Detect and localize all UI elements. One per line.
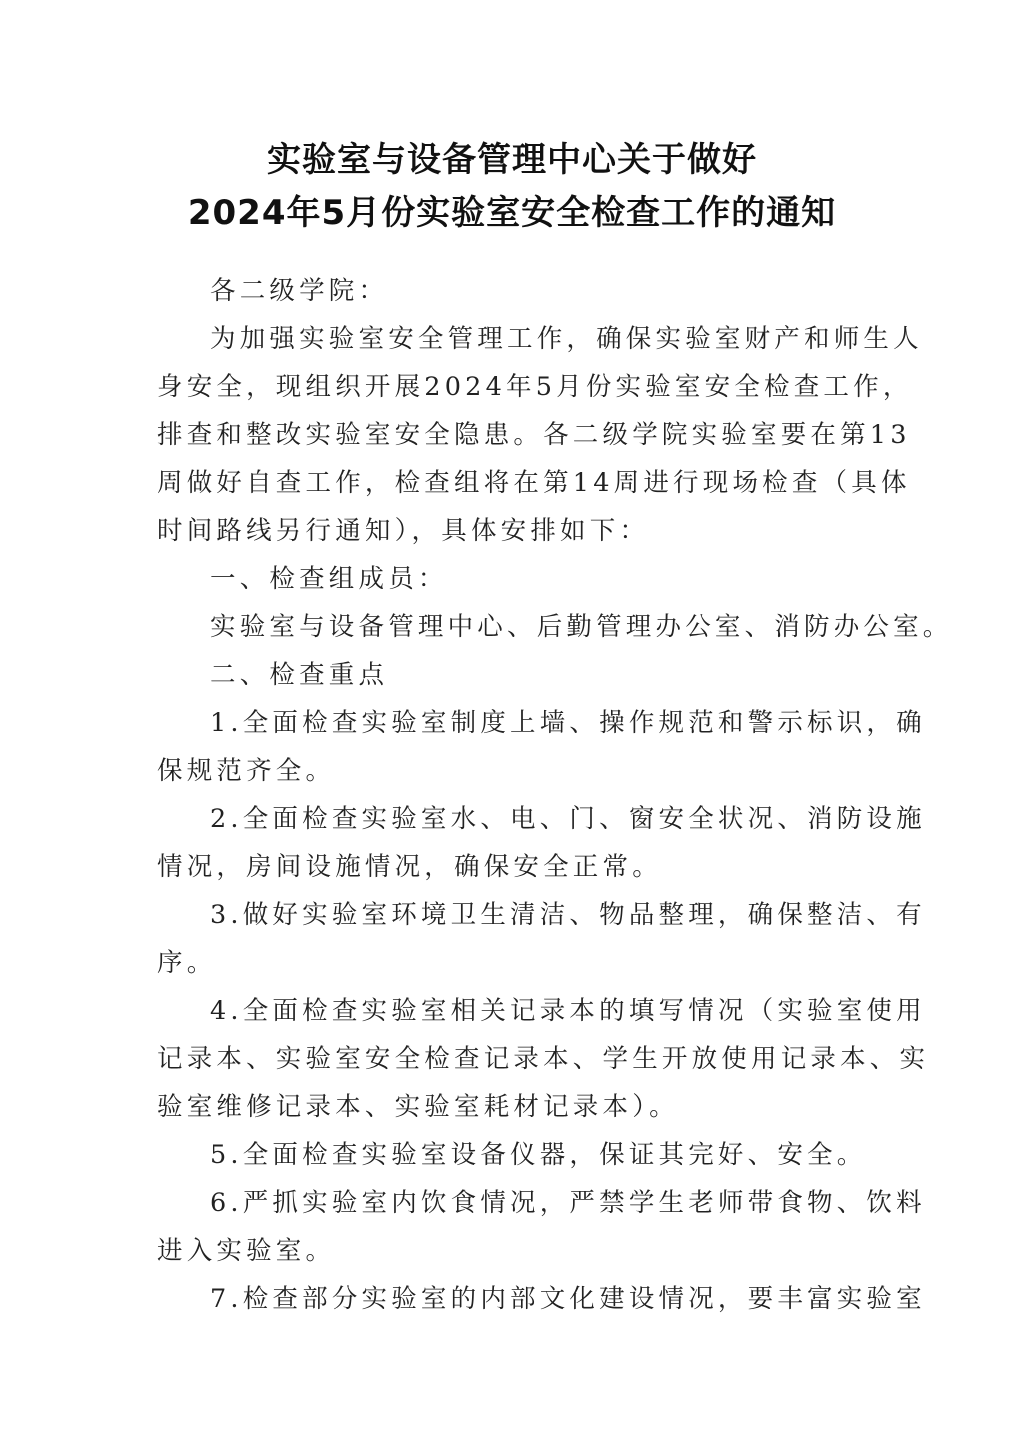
document-page: 实验室与设备管理中心关于做好 2024年5月份实验室安全检查工作的通知 各二级学… [0,0,1024,1448]
list-item-3: 3.做好实验室环境卫生清洁、物品整理，确保整洁、有 [210,900,872,930]
list-item-4-cont: 记录本、实验室安全检查记录本、学生开放使用记录本、实 [157,1044,872,1074]
list-item-3-cont: 序。 [157,948,872,978]
list-item-6: 6.严抓实验室内饮食情况，严禁学生老师带食物、饮料 [210,1188,872,1218]
list-item-2: 2.全面检查实验室水、电、门、窗安全状况、消防设施 [210,804,872,834]
list-item-6-cont: 进入实验室。 [157,1236,872,1266]
paragraph-line: 排查和整改实验室安全隐患。各二级学院实验室要在第13 [157,420,872,450]
paragraph-line: 周做好自查工作，检查组将在第14周进行现场检查（具体 [157,468,872,498]
list-item-5: 5.全面检查实验室设备仪器，保证其完好、安全。 [210,1140,872,1170]
paragraph-line: 实验室与设备管理中心、后勤管理办公室、消防办公室。 [210,612,872,642]
salutation: 各二级学院： [210,276,872,306]
list-item-1: 1.全面检查实验室制度上墙、操作规范和警示标识，确 [210,708,872,738]
paragraph-line: 身安全，现组织开展2024年5月份实验室安全检查工作， [157,372,872,402]
paragraph-line: 时间路线另行通知），具体安排如下： [157,516,872,546]
list-item-4-cont: 验室维修记录本、实验室耗材记录本）。 [157,1092,872,1122]
section-heading-2: 二、检查重点 [210,660,872,690]
list-item-2-cont: 情况，房间设施情况，确保安全正常。 [157,852,872,882]
list-item-7: 7.检查部分实验室的内部文化建设情况，要丰富实验室 [210,1284,872,1314]
list-item-4: 4.全面检查实验室相关记录本的填写情况（实验室使用 [210,996,872,1026]
title-line-2: 2024年5月份实验室安全检查工作的通知 [0,185,1024,234]
title-line-1: 实验室与设备管理中心关于做好 [0,132,1024,181]
paragraph-line: 为加强实验室安全管理工作，确保实验室财产和师生人 [210,324,872,354]
list-item-1-cont: 保规范齐全。 [157,756,872,786]
section-heading-1: 一、检查组成员： [210,564,872,594]
